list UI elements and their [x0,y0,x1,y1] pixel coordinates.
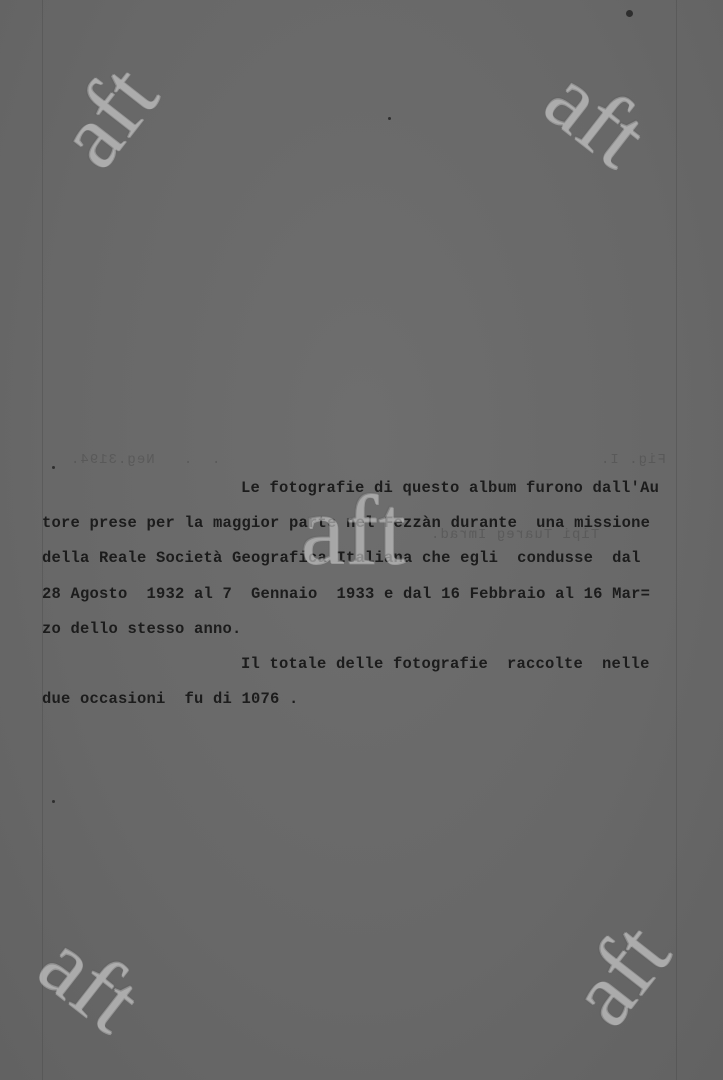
dust-speck [52,466,55,469]
bleed-through-figure-label: Fig. I. [600,452,666,468]
watermark-top-left: aft [40,49,172,182]
text-line: due occasioni fu di 1076 . [42,685,682,720]
dust-speck [626,10,633,17]
text-line: Il totale delle fotografie raccolte nell… [42,650,682,685]
watermark-top-right: aft [530,50,663,182]
dust-speck [388,117,391,120]
bleed-through-negative-number: . . Neg.3194. [70,452,220,468]
watermark-bottom-right: aft [552,907,684,1040]
text-line: zo dello stesso anno. [42,615,682,650]
watermark-bottom-left: aft [24,915,157,1047]
watermark-center: aft [300,480,405,580]
dust-speck [52,800,55,803]
